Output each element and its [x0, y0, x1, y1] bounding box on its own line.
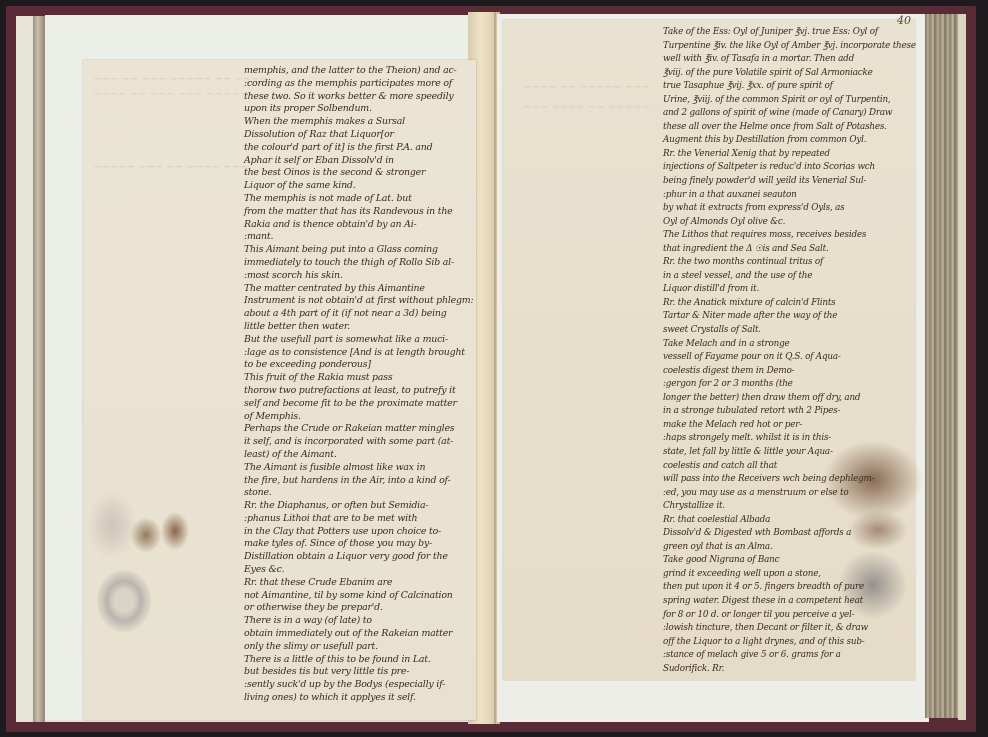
manuscript-line: of Memphis.: [244, 411, 476, 424]
manuscript-line: immediately to touch the thigh of Rollo …: [244, 257, 476, 270]
manuscript-line: in a stronge tubulated retort wth 2 Pipe…: [663, 405, 915, 419]
manuscript-line: off the Liquor to a light drynes, and of…: [663, 636, 915, 650]
manuscript-line: spring water. Digest these in a competen…: [663, 595, 915, 609]
ink-stain: [87, 490, 137, 560]
manuscript-line: the fire, but hardens in the Air, into a…: [244, 475, 476, 488]
manuscript-line: Take of the Ess: Oyl of Juniper ℥vj. tru…: [663, 26, 915, 40]
manuscript-line: in the Clay that Potters use upon choice…: [244, 526, 476, 539]
manuscript-line: obtain immediately out of the Rakeian ma…: [244, 628, 476, 641]
manuscript-line: only the slimy or usefull part.: [244, 641, 476, 654]
manuscript-line: to be exceeding ponderous]: [244, 359, 476, 372]
manuscript-line: There is in a way (of late) to: [244, 615, 476, 628]
manuscript-line: Perhaps the Crude or Rakeian matter ming…: [244, 423, 476, 436]
manuscript-line: it self, and is incorporated with some p…: [244, 436, 476, 449]
manuscript-line: least) of the Aimant.: [244, 449, 476, 462]
bleed-through-text: ~~~ ~~~~ ~~ ~~~~~: [523, 100, 650, 115]
manuscript-line: green oyl that is an Alma.: [663, 541, 915, 555]
manuscript-line: that ingredient the Δ ☉is and Sea Salt.: [663, 243, 915, 257]
manuscript-line: Aphar it self or Eban Dissolv'd in: [244, 155, 476, 168]
manuscript-line: Dissolution of Raz that Liquor[or: [244, 129, 476, 142]
manuscript-line: Take good Nigrana of Banc: [663, 554, 915, 568]
manuscript-line: Rakia and is thence obtain'd by an Ai-: [244, 219, 476, 232]
manuscript-line: :ed, you may use as a menstruum or else …: [663, 487, 915, 501]
manuscript-line: self and become fit to be the proximate …: [244, 398, 476, 411]
water-stain: [97, 570, 151, 632]
manuscript-line: will pass into the Receivers wch being d…: [663, 473, 915, 487]
manuscript-line: Dissolv'd & Digested wth Bombast affords…: [663, 527, 915, 541]
manuscript-line: well with ℥iv. of Tasafa in a mortar. Th…: [663, 53, 915, 67]
manuscript-line: The matter centrated by this Aimantine: [244, 283, 476, 296]
manuscript-line: Rr. the Diaphanus, or often but Semidia-: [244, 500, 476, 513]
manuscript-line: for 8 or 10 d. or longer til you perceiv…: [663, 609, 915, 623]
ink-stain: [131, 518, 161, 552]
manuscript-viewer: ~~~ ~~ ~~~ ~~~~~ ~~ ~~~~ ~~~~ ~~ ~~~ ~~~…: [0, 0, 988, 737]
manuscript-line: state, let fall by little & little your …: [663, 446, 915, 460]
manuscript-line: memphis, and the latter to the Theion) a…: [244, 65, 476, 78]
manuscript-line: longer the better) then draw them off dr…: [663, 392, 915, 406]
bleed-through-text: ~~~ ~~ ~~~ ~~~~~ ~~ ~~~~: [93, 72, 268, 87]
manuscript-line: The Aimant is fusible almost like wax in: [244, 462, 476, 475]
manuscript-line: Rr. the Anatick mixture of calcin'd Flin…: [663, 297, 915, 311]
manuscript-line: :lage as to consistence [And is at lengt…: [244, 347, 476, 360]
manuscript-line: injections of Saltpeter is reduc'd into …: [663, 161, 915, 175]
manuscript-line: about a 4th part of it (if not near a 3d…: [244, 308, 476, 321]
manuscript-line: sweet Crystalls of Salt.: [663, 324, 915, 338]
manuscript-line: and 2 gallons of spirit of wine (made of…: [663, 107, 915, 121]
manuscript-line: This Aimant being put into a Glass comin…: [244, 244, 476, 257]
manuscript-line: :lowish tincture, then Decant or filter …: [663, 622, 915, 636]
manuscript-line: Liquor of the same kind.: [244, 180, 476, 193]
manuscript-line: The memphis is not made of Lat. but: [244, 193, 476, 206]
manuscript-line: Liquor distill'd from it.: [663, 283, 915, 297]
manuscript-line: :phur in a that auxanei seauton: [663, 189, 915, 203]
manuscript-line: true Tasaphue ℥vij. ℥xx. of pure spirit …: [663, 80, 915, 94]
manuscript-line: from the matter that has its Randevous i…: [244, 206, 476, 219]
manuscript-line: Rr. the Venerial Xenig that by repeated: [663, 148, 915, 162]
manuscript-line: coelestis and catch all that: [663, 460, 915, 474]
manuscript-line: make tyles of. Since of those you may by…: [244, 538, 476, 551]
manuscript-line: being finely powder'd will yeild its Ven…: [663, 175, 915, 189]
manuscript-line: Tartar & Niter made after the way of the: [663, 310, 915, 324]
manuscript-line: ℥viij. of the pure Volatile spirit of Sa…: [663, 67, 915, 81]
manuscript-line: living ones) to which it applyes it self…: [244, 692, 476, 705]
manuscript-line: then put upon it 4 or 5. fingers breadth…: [663, 581, 915, 595]
manuscript-line: Urine, ℥viij. of the common Spirit or oy…: [663, 94, 915, 108]
ink-stain: [161, 512, 189, 550]
manuscript-line: but besides tis but very little tis pre-: [244, 666, 476, 679]
flyleaf-right: [958, 14, 966, 720]
manuscript-line: coelestis digest them in Demo-: [663, 365, 915, 379]
manuscript-line: Rr. the two months continual tritus of: [663, 256, 915, 270]
manuscript-line: these all over the Helme once from Salt …: [663, 121, 915, 135]
page-edges-left: [33, 16, 45, 722]
manuscript-line: make the Melach red hot or per-: [663, 419, 915, 433]
manuscript-line: in a steel vessel, and the use of the: [663, 270, 915, 284]
manuscript-line: :gergon for 2 or 3 months (the: [663, 378, 915, 392]
manuscript-line: Distillation obtain a Liquor very good f…: [244, 551, 476, 564]
manuscript-line: grind it exceeding well upon a stone,: [663, 568, 915, 582]
manuscript-line: little better then water.: [244, 321, 476, 334]
manuscript-line: :sently suck'd up by the Bodys (especial…: [244, 679, 476, 692]
bleed-through-text: ~~~~ ~~ ~~~~~ ~~~: [523, 80, 650, 95]
manuscript-line: Take Melach and in a stronge: [663, 338, 915, 352]
right-page-text: Take of the Ess: Oyl of Juniper ℥vj. tru…: [663, 26, 915, 676]
manuscript-line: Augment this by Destillation from common…: [663, 134, 915, 148]
manuscript-line: :phanus Lithoi that are to be met with: [244, 513, 476, 526]
manuscript-line: the best Oinos is the second & stronger: [244, 167, 476, 180]
manuscript-line: This fruit of the Rakia must pass: [244, 372, 476, 385]
manuscript-line: vessell of Fayame pour on it Q.S. of Aqu…: [663, 351, 915, 365]
manuscript-line: upon its proper Solbendum.: [244, 103, 476, 116]
manuscript-line: not Aimantine, til by some kind of Calci…: [244, 590, 476, 603]
manuscript-line: But the usefull part is somewhat like a …: [244, 334, 476, 347]
manuscript-line: Eyes &c.: [244, 564, 476, 577]
manuscript-line: When the memphis makes a Sursal: [244, 116, 476, 129]
manuscript-line: The Lithos that requires moss, receives …: [663, 229, 915, 243]
manuscript-line: Instrument is not obtain'd at first with…: [244, 295, 476, 308]
manuscript-line: thorow two putrefactions at least, to pu…: [244, 385, 476, 398]
manuscript-line: stone.: [244, 487, 476, 500]
bleed-through-text: ~~~~~ ~~~ ~~ ~~~~ ~~~: [93, 160, 248, 175]
bleed-through-text: ~~~~ ~~ ~~~ ~~~ ~~~~~: [93, 87, 248, 102]
manuscript-line: or otherwise they be prepar'd.: [244, 602, 476, 615]
left-page-text: memphis, and the latter to the Theion) a…: [244, 65, 476, 705]
manuscript-line: :cording as the memphis participates mor…: [244, 78, 476, 91]
manuscript-line: :mant.: [244, 231, 476, 244]
manuscript-line: :stance of melach give 5 or 6. grams for…: [663, 649, 915, 663]
manuscript-line: :most scorch his skin.: [244, 270, 476, 283]
manuscript-line: Turpentine ℥iv. the like Oyl of Amber ℥v…: [663, 40, 915, 54]
manuscript-line: Oyl of Almonds Oyl olive &c.: [663, 216, 915, 230]
manuscript-line: the colour'd part of it] is the first P.…: [244, 142, 476, 155]
manuscript-line: Rr. that these Crude Ebanim are: [244, 577, 476, 590]
manuscript-line: There is a little of this to be found in…: [244, 654, 476, 667]
manuscript-line: Rr. that coelestial Albada: [663, 514, 915, 528]
manuscript-line: :haps strongely melt. whilst it is in th…: [663, 432, 915, 446]
manuscript-line: these two. So it works better & more spe…: [244, 91, 476, 104]
manuscript-line: Chrystallize it.: [663, 500, 915, 514]
manuscript-line: by what it extracts from express'd Oyls,…: [663, 202, 915, 216]
manuscript-line: Sudorifick. Rr.: [663, 663, 915, 677]
gutter-fold: [494, 12, 496, 724]
